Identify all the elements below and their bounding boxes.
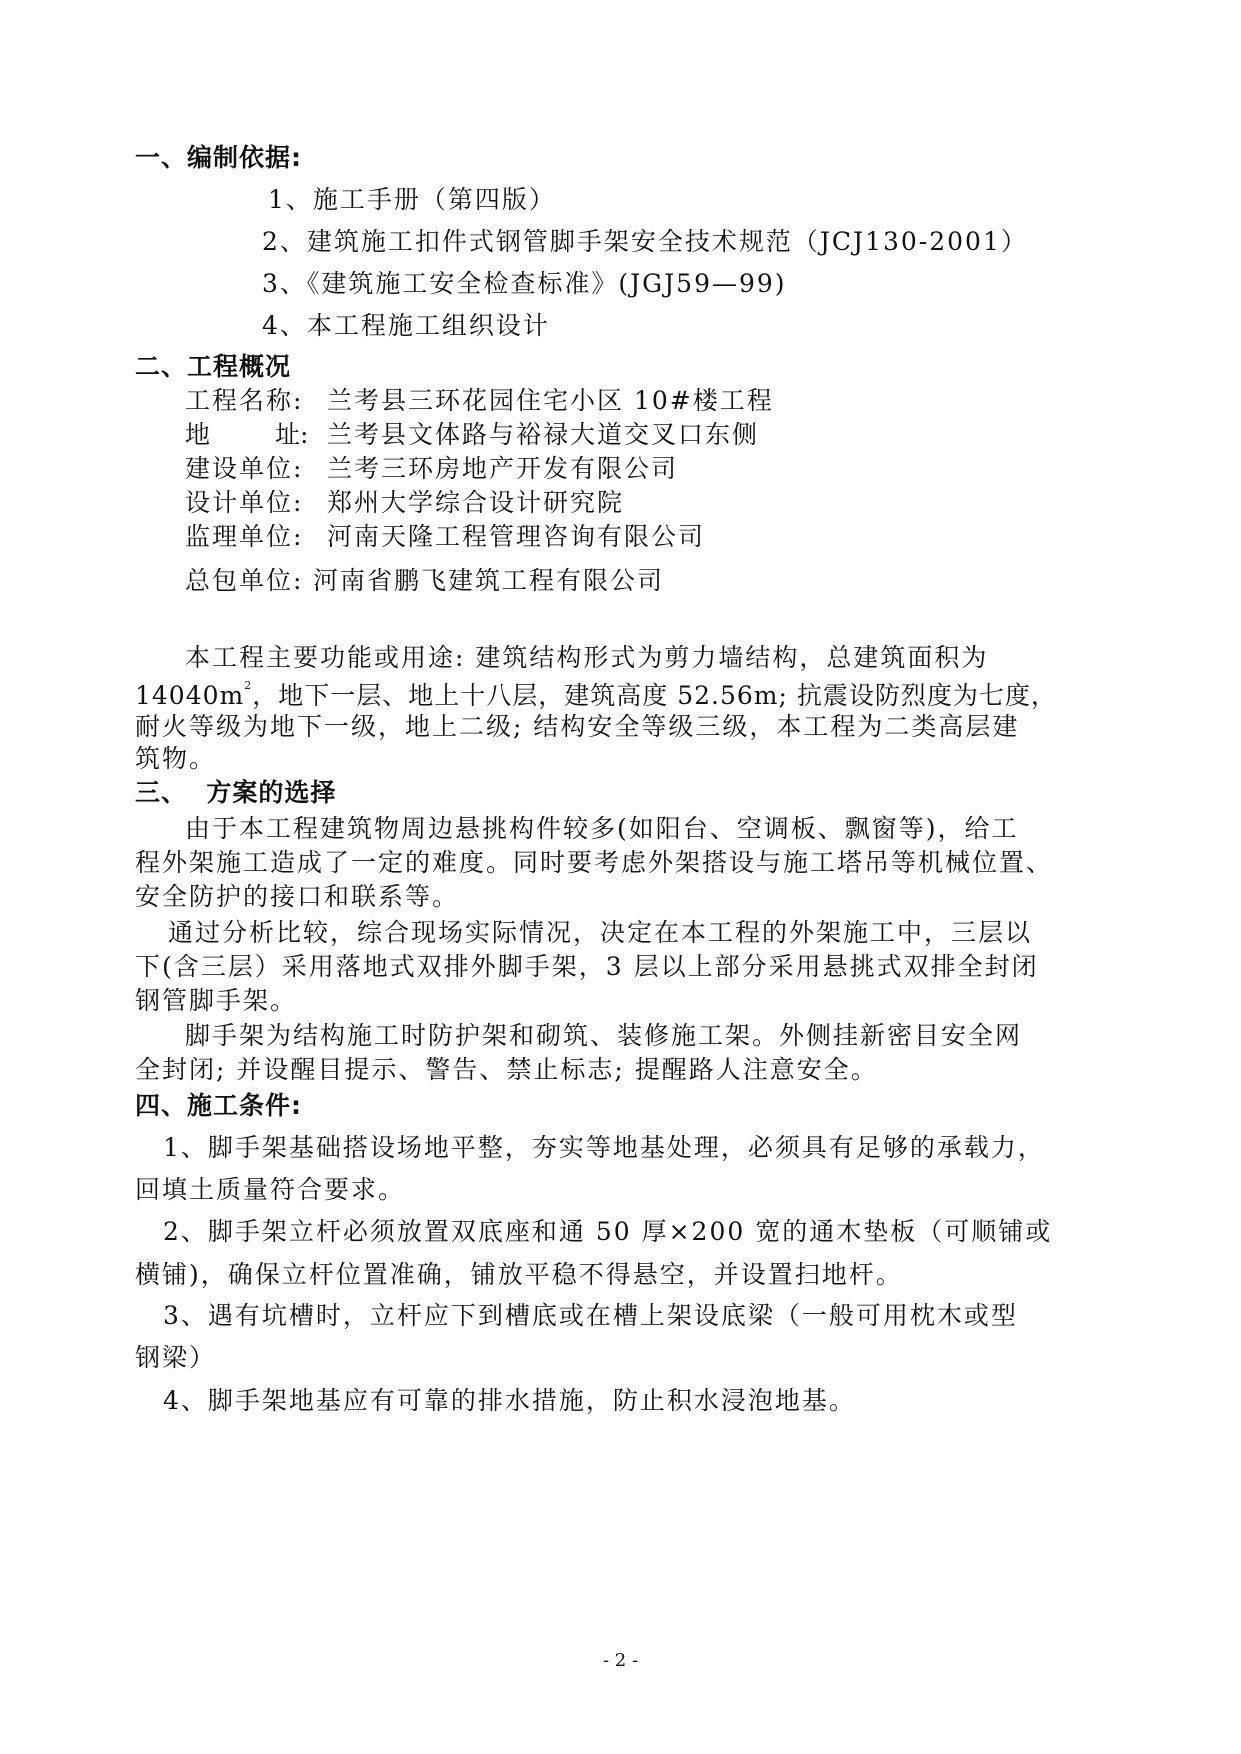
overview-paragraph-line-1: 本工程主要功能或用途: 建筑结构形式为剪力墙结构，总建筑面积为 [185, 643, 988, 673]
plan-para1-line-2: 程外架施工造成了一定的难度。同时要考虑外架搭设与施工塔吊等机械位置、 [135, 848, 1053, 878]
plan-para2-line-3: 钢管脚手架。 [135, 986, 297, 1016]
condition-2-line-1: 2、脚手架立杆必须放置双底座和通 50 厚×200 宽的通木垫板（可顺铺或 [163, 1217, 1052, 1247]
condition-3-line-2: 钢梁） [135, 1343, 216, 1373]
field-value: 兰考县文体路与裕禄大道交叉口东侧 [327, 420, 759, 449]
basis-item-2: 2、建筑施工扣件式钢管脚手架安全技术规范（JCJ130-2001） [262, 227, 1028, 257]
page-number: - 2 - [0, 1650, 1241, 1671]
field-value: 兰考县三环花园住宅小区 10#楼工程 [327, 386, 774, 415]
field-project-name: 工程名称:兰考县三环花园住宅小区 10#楼工程 [185, 386, 774, 416]
field-general-contractor: 总包单位:河南省鹏飞建筑工程有限公司 [185, 566, 664, 596]
field-client: 建设单位:兰考三环房地产开发有限公司 [185, 454, 678, 484]
plan-para1-line-3: 安全防护的接口和联系等。 [135, 882, 459, 912]
basis-item-4: 4、本工程施工组织设计 [262, 311, 550, 341]
document-page: 一、编制依据: 1、施工手册（第四版） 2、建筑施工扣件式钢管脚手架安全技术规范… [0, 0, 1241, 1754]
overview-paragraph-line-2: 14040m2，地下一层、地上十八层，建筑高度 52.56m; 抗震设防烈度为七… [135, 681, 1057, 711]
section-heading-plan-selection: 三、 方案的选择 [135, 778, 336, 808]
field-label: 总包单位: [185, 566, 313, 596]
plan-para3-line-1: 脚手架为结构施工时防护架和砌筑、装修施工架。外侧挂新密目安全网 [185, 1021, 1022, 1051]
basis-item-1: 1、施工手册（第四版） [268, 185, 556, 215]
plan-para1-line-1: 由于本工程建筑物周边悬挑构件较多(如阳台、空调板、飘窗等)，给工 [185, 814, 1019, 844]
field-label: 工程名称: [185, 386, 327, 416]
field-value: 河南省鹏飞建筑工程有限公司 [313, 566, 664, 595]
plan-para2-line-2: 下(含三层）采用落地式双排外脚手架，3 层以上部分采用悬挑式双排全封闭 [135, 952, 1039, 982]
field-label: 监理单位: [185, 522, 327, 552]
overview-paragraph-line-4: 筑物。 [135, 744, 216, 774]
condition-2-line-2: 横铺)，确保立杆位置准确，铺放平稳不得悬空，并设置扫地杆。 [135, 1260, 903, 1290]
plan-para2-line-1: 通过分析比较，综合现场实际情况，决定在本工程的外架施工中，三层以 [168, 918, 1032, 948]
field-value: 兰考三环房地产开发有限公司 [327, 454, 678, 483]
field-label: 设计单位: [185, 488, 327, 518]
overview-paragraph-line-3: 耐火等级为地下一级，地上二级; 结构安全等级三级，本工程为二类高层建 [135, 712, 1019, 742]
condition-3-line-1: 3、遇有坑槽时，立杆应下到槽底或在槽上架设底梁（一般可用枕木或型 [163, 1301, 1018, 1331]
section-heading-basis: 一、编制依据: [135, 143, 302, 173]
field-designer: 设计单位:郑州大学综合设计研究院 [185, 488, 624, 518]
condition-1-line-1: 1、脚手架基础搭设场地平整，夯实等地基处理，必须具有足够的承载力， [163, 1133, 1045, 1163]
condition-1-line-2: 回填土质量符合要求。 [135, 1175, 405, 1205]
field-address: 地址:兰考县文体路与裕禄大道交叉口东侧 [185, 420, 759, 450]
field-value: 河南天隆工程管理咨询有限公司 [327, 522, 705, 551]
field-supervisor: 监理单位:河南天隆工程管理咨询有限公司 [185, 522, 705, 552]
condition-4-line-1: 4、脚手架地基应有可靠的排水措施，防止积水浸泡地基。 [163, 1386, 856, 1416]
field-label: 地址: [185, 420, 327, 450]
section-heading-conditions: 四、施工条件: [135, 1091, 302, 1121]
plan-para3-line-2: 全封闭; 并设醒目提示、警告、禁止标志; 提醒路人注意安全。 [135, 1055, 878, 1085]
field-label: 建设单位: [185, 454, 327, 484]
field-value: 郑州大学综合设计研究院 [327, 488, 624, 517]
section-heading-overview: 二、工程概况 [135, 352, 291, 382]
basis-item-3: 3、《建筑施工安全检查标准》(JGJ59—99) [262, 269, 787, 299]
